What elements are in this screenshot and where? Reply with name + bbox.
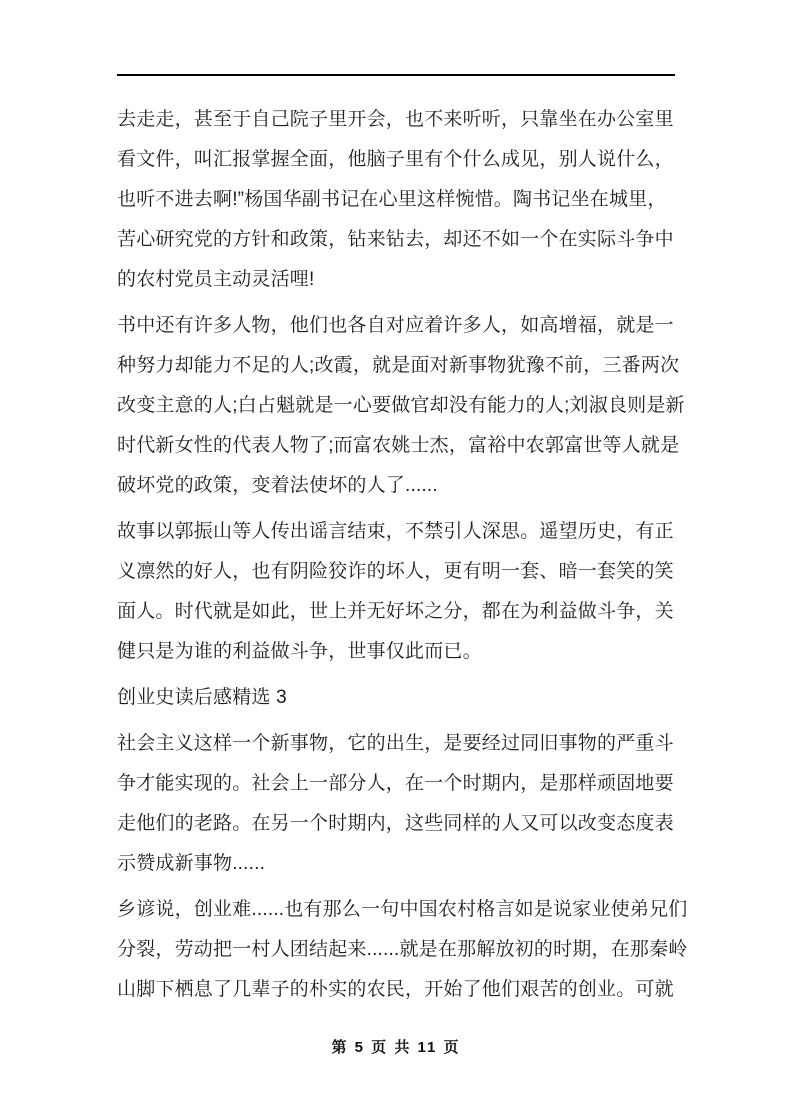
text-line: 乡谚说，创业难......也有那么一句中国农村格言如是说家业使弟兄们 (117, 890, 675, 930)
text-line: 故事以郭振山等人传出谣言结束，不禁引人深思。遥望历史，有正 (117, 512, 675, 552)
page-number-label: 第 5 页 共 11 页 (331, 1039, 460, 1056)
text-line: 时代新女性的代表人物了;而富农姚士杰，富裕中农郭富世等人就是 (117, 426, 675, 466)
text-line: 分裂，劳动把一村人团结起来......就是在那解放初的时期，在那秦岭 (117, 930, 675, 970)
page-footer: 第 5 页 共 11 页 (0, 1036, 792, 1057)
document-body: 去走走，甚至于自己院子里开会，也不来听听，只靠坐在办公室里看文件，叫汇报掌握全面… (117, 100, 675, 1016)
paragraph: 乡谚说，创业难......也有那么一句中国农村格言如是说家业使弟兄们分裂，劳动把… (117, 890, 675, 1010)
paragraph: 书中还有许多人物，他们也各自对应着许多人，如高增福，就是一种努力却能力不足的人;… (117, 306, 675, 506)
text-line: 破坏党的政策，变着法使坏的人了...... (117, 466, 675, 506)
text-line: 书中还有许多人物，他们也各自对应着许多人，如高增福，就是一 (117, 306, 675, 346)
text-line: 争才能实现的。社会上一部分人，在一个时期内，是那样顽固地要 (117, 764, 675, 804)
text-line: 也听不进去啊!”杨国华副书记在心里这样惋惜。陶书记坐在城里， (117, 180, 675, 220)
text-line: 的农村党员主动灵活哩! (117, 260, 675, 300)
paragraph: 故事以郭振山等人传出谣言结束，不禁引人深思。遥望历史，有正义凛然的好人，也有阴险… (117, 512, 675, 672)
text-line: 山脚下栖息了几辈子的朴实的农民，开始了他们艰苦的创业。可就 (117, 970, 675, 1010)
text-line: 走他们的老路。在另一个时期内，这些同样的人又可以改变态度表 (117, 804, 675, 844)
paragraph: 去走走，甚至于自己院子里开会，也不来听听，只靠坐在办公室里看文件，叫汇报掌握全面… (117, 100, 675, 300)
text-line: 健只是为谁的利益做斗争，世事仅此而已。 (117, 632, 675, 672)
section-heading: 创业史读后感精选 3 (117, 678, 675, 718)
header-rule (117, 74, 675, 76)
document-page: 去走走，甚至于自己院子里开会，也不来听听，只靠坐在办公室里看文件，叫汇报掌握全面… (0, 0, 792, 1120)
text-line: 看文件，叫汇报掌握全面，他脑子里有个什么成见，别人说什么， (117, 140, 675, 180)
paragraph: 社会主义这样一个新事物，它的出生，是要经过同旧事物的严重斗争才能实现的。社会上一… (117, 724, 675, 884)
text-line: 去走走，甚至于自己院子里开会，也不来听听，只靠坐在办公室里 (117, 100, 675, 140)
text-line: 种努力却能力不足的人;改霞，就是面对新事物犹豫不前，三番两次 (117, 346, 675, 386)
text-line: 示赞成新事物...... (117, 844, 675, 884)
text-line: 苦心研究党的方针和政策，钻来钻去，却还不如一个在实际斗争中 (117, 220, 675, 260)
text-line: 义凛然的好人，也有阴险狡诈的坏人，更有明一套、暗一套笑的笑 (117, 552, 675, 592)
text-line: 创业史读后感精选 3 (117, 678, 675, 718)
text-line: 改变主意的人;白占魁就是一心要做官却没有能力的人;刘淑良则是新 (117, 386, 675, 426)
text-line: 社会主义这样一个新事物，它的出生，是要经过同旧事物的严重斗 (117, 724, 675, 764)
text-line: 面人。时代就是如此，世上并无好坏之分，都在为利益做斗争，关 (117, 592, 675, 632)
